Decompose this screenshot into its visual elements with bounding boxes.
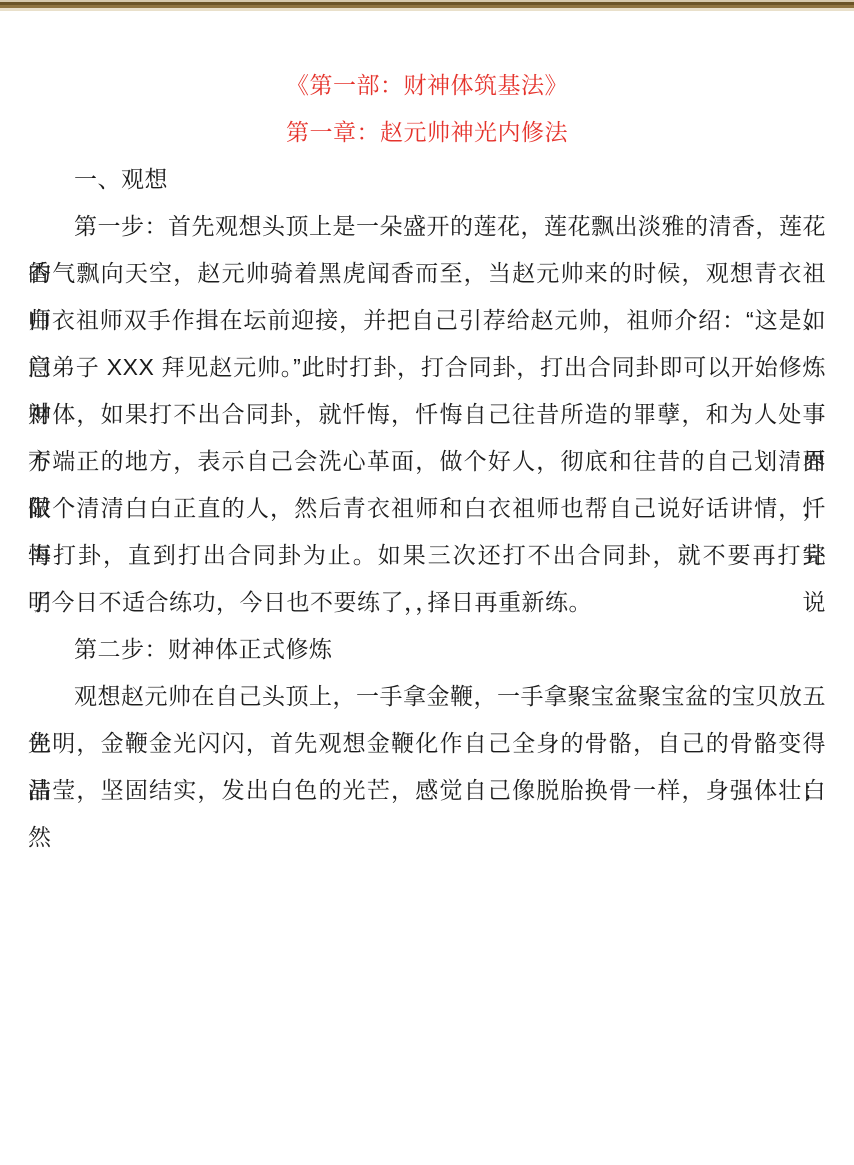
document-content: 《第一部：财神体筑基法》 第一章：赵元帅神光内修法 一、观想第一步：首先观想头顶… xyxy=(0,11,854,814)
document-title: 《第一部：财神体筑基法》 xyxy=(28,62,826,109)
doc-line: 观想赵元帅在自己头顶上，一手拿金鞭，一手拿聚宝盆聚宝盆的宝贝放五色 xyxy=(28,673,826,720)
doc-line: 做个清清白白正直的人，然后青衣祖师和白衣祖师也帮自己说好话讲情，忏悔完 xyxy=(28,485,826,532)
doc-line: 神体，如果打不出合同卦，就忏悔，忏悔自己往昔所造的罪孽，和为人处事方面 xyxy=(28,391,826,438)
doc-line: 不端正的地方，表示自己会洗心革面，做个好人，彻底和往昔的自己划清界限， xyxy=(28,438,826,485)
doc-line: 光明，金鞭金光闪闪，首先观想金鞭化作自己全身的骨骼，自己的骨骼变得洁白 xyxy=(28,720,826,767)
doc-line: 第二步：财神体正式修炼 xyxy=(28,626,826,673)
doc-line: 一、观想 xyxy=(28,156,826,203)
chapter-title: 第一章：赵元帅神光内修法 xyxy=(28,109,826,156)
doc-line: 第一步：首先观想头顶上是一朵盛开的莲花，莲花飘出淡雅的清香，莲花的 xyxy=(28,203,826,250)
doc-line: 白衣祖师双手作揖在坛前迎接，并把自己引荐给赵元帅，祖师介绍：“这是如意 xyxy=(28,297,826,344)
doc-line: 晶莹，坚固结实，发出白色的光芒，感觉自己像脱胎换骨一样，身强体壮；然 xyxy=(28,767,826,814)
page-top-border xyxy=(0,0,854,11)
doc-line: 香气飘向天空，赵元帅骑着黑虎闻香而至，当赵元帅来的时候，观想青衣祖师、 xyxy=(28,250,826,297)
document-page: 《第一部：财神体筑基法》 第一章：赵元帅神光内修法 一、观想第一步：首先观想头顶… xyxy=(0,0,854,1165)
doc-line: 门弟子 XXX 拜见赵元帅。”此时打卦，打合同卦，打出合同卦即可以开始修炼财 xyxy=(28,344,826,391)
document-body: 一、观想第一步：首先观想头顶上是一朵盛开的莲花，莲花飘出淡雅的清香，莲花的香气飘… xyxy=(28,156,826,814)
doc-line: 再打卦，直到打出合同卦为止。如果三次还打不出合同卦，就不要再打卦了，说 xyxy=(28,532,826,579)
